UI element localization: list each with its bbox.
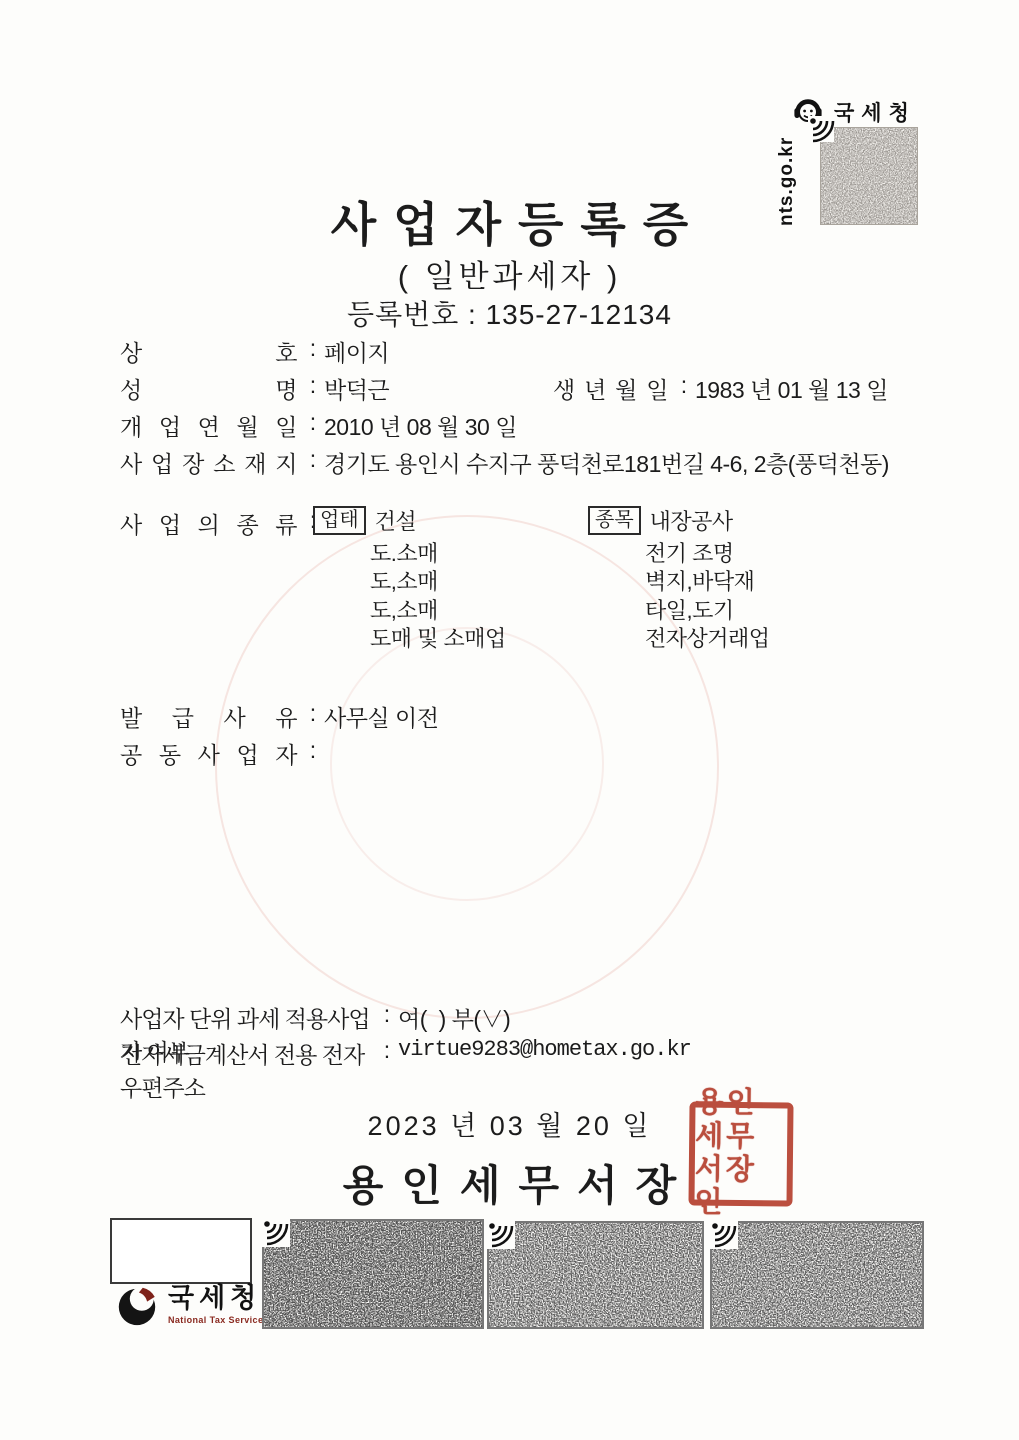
security-pattern-1 bbox=[262, 1219, 484, 1329]
registration-number: 등록번호 : 135-27-12134 bbox=[0, 293, 1019, 333]
field-value: 1983 년 01 월 13 일 bbox=[695, 372, 888, 405]
jongmok-value: 타일,도기 bbox=[588, 599, 770, 622]
field-label: 공 동 사 업 자 bbox=[120, 737, 298, 770]
field-value: 페이지 bbox=[324, 335, 389, 368]
jongmok-value: 내장공사 bbox=[650, 505, 733, 536]
field-label: 상 호 bbox=[120, 335, 298, 368]
field-business-type: 사 업 의 종 류 : bbox=[120, 507, 324, 540]
colon: : bbox=[306, 446, 320, 473]
uptae-value: 도매 및 소매업 bbox=[313, 627, 506, 650]
field-opening-date: 개 업 연 월 일 : 2010 년 08 월 30 일 bbox=[120, 409, 517, 442]
field-business-address: 사 업 장 소 재 지 : 경기도 용인시 수지구 풍덕천로181번길 4-6,… bbox=[120, 446, 889, 479]
field-label: 생 년 월 일 bbox=[553, 372, 669, 405]
business-type-uptae-column: 업태 건설 도.소매 도,소매 도,소매 도매 및 소매업 bbox=[313, 505, 506, 650]
colon: : bbox=[677, 372, 691, 399]
issue-date: 2023 년 03 월 20 일 bbox=[0, 1104, 1019, 1143]
field-owner-name: 성 명 : 박덕근 bbox=[120, 372, 389, 405]
security-pattern-3 bbox=[710, 1221, 924, 1329]
jongmok-row: 종목 내장공사 bbox=[588, 505, 770, 536]
watermark-circle-inner bbox=[330, 627, 604, 901]
nts-logo-text: 국세청 National Tax Service bbox=[168, 1285, 263, 1325]
document-title: 사업자등록증 bbox=[0, 188, 1019, 255]
security-pattern-2 bbox=[487, 1221, 704, 1329]
nts-emblem-icon bbox=[114, 1282, 160, 1328]
uptae-value: 도,소매 bbox=[313, 599, 506, 622]
field-etax-email: 전자세금계산서 전용 전자우편주소 : virtue9283@hometax.g… bbox=[120, 1037, 691, 1103]
signal-arcs-icon bbox=[262, 1219, 296, 1253]
official-red-seal: 용인세무 서장인 bbox=[688, 1101, 793, 1206]
agency-name: 국세청 bbox=[834, 97, 916, 127]
seal-text-line2: 서장인 bbox=[694, 1154, 787, 1222]
colon: : bbox=[306, 737, 320, 764]
signal-arcs-icon bbox=[808, 116, 842, 150]
colon: : bbox=[306, 335, 320, 362]
blank-stamp-box bbox=[110, 1218, 252, 1284]
field-value: 2010 년 08 월 30 일 bbox=[324, 409, 517, 442]
jongmok-box-label: 종목 bbox=[588, 506, 641, 535]
field-label: 발 급 사 유 bbox=[120, 700, 298, 733]
business-type-jongmok-column: 종목 내장공사 전기 조명 벽지,바닥재 타일,도기 전자상거래업 bbox=[588, 505, 770, 650]
jongmok-value: 전기 조명 bbox=[588, 542, 770, 565]
field-issue-reason: 발 급 사 유 : 사무실 이전 bbox=[120, 700, 438, 733]
field-trade-name: 상 호 : 페이지 bbox=[120, 335, 389, 368]
field-joint-business: 공 동 사 업 자 : bbox=[120, 737, 324, 770]
taxpayer-type: ( 일반과세자 ) bbox=[0, 251, 1019, 296]
colon: : bbox=[380, 1037, 394, 1064]
uptae-value: 도,소매 bbox=[313, 570, 506, 593]
field-value: 여( ) 부(∨) bbox=[398, 1001, 510, 1034]
field-value: virtue9283@hometax.go.kr bbox=[398, 1037, 691, 1062]
field-label: 전자세금계산서 전용 전자우편주소 bbox=[120, 1037, 376, 1103]
colon: : bbox=[306, 409, 320, 436]
seal-text-line1: 용인세무 bbox=[695, 1087, 788, 1155]
signal-arcs-icon bbox=[487, 1221, 521, 1255]
field-value: 박덕근 bbox=[324, 372, 389, 405]
field-label: 사 업 장 소 재 지 bbox=[120, 446, 298, 479]
uptae-row: 업태 건설 bbox=[313, 505, 506, 536]
uptae-value: 건설 bbox=[375, 505, 417, 536]
nts-logo-korean: 국세청 bbox=[168, 1285, 263, 1312]
field-value: 사무실 이전 bbox=[324, 700, 438, 733]
jongmok-value: 벽지,바닥재 bbox=[588, 570, 770, 593]
field-label: 개 업 연 월 일 bbox=[120, 409, 298, 442]
nts-logo-english: National Tax Service bbox=[168, 1315, 263, 1325]
field-birth-date: 생 년 월 일 : 1983 년 01 월 13 일 bbox=[553, 372, 888, 405]
uptae-value: 도.소매 bbox=[313, 542, 506, 565]
field-value: 경기도 용인시 수지구 풍덕천로181번길 4-6, 2층(풍덕천동) bbox=[324, 446, 889, 479]
colon: : bbox=[306, 372, 320, 399]
business-registration-certificate: 국세청 nts.go.kr 사업자등록증 ( 일반과세자 ) 등록번호 : 13… bbox=[0, 0, 1019, 1440]
field-label: 사 업 의 종 류 bbox=[120, 507, 298, 540]
issuing-authority: 용인세무서장 bbox=[0, 1153, 1019, 1213]
signal-arcs-icon bbox=[710, 1221, 744, 1255]
colon: : bbox=[306, 700, 320, 727]
colon: : bbox=[380, 1001, 394, 1028]
nts-logo: 국세청 National Tax Service bbox=[114, 1282, 263, 1328]
uptae-box-label: 업태 bbox=[313, 506, 366, 535]
field-label: 성 명 bbox=[120, 372, 298, 405]
jongmok-value: 전자상거래업 bbox=[588, 627, 770, 650]
